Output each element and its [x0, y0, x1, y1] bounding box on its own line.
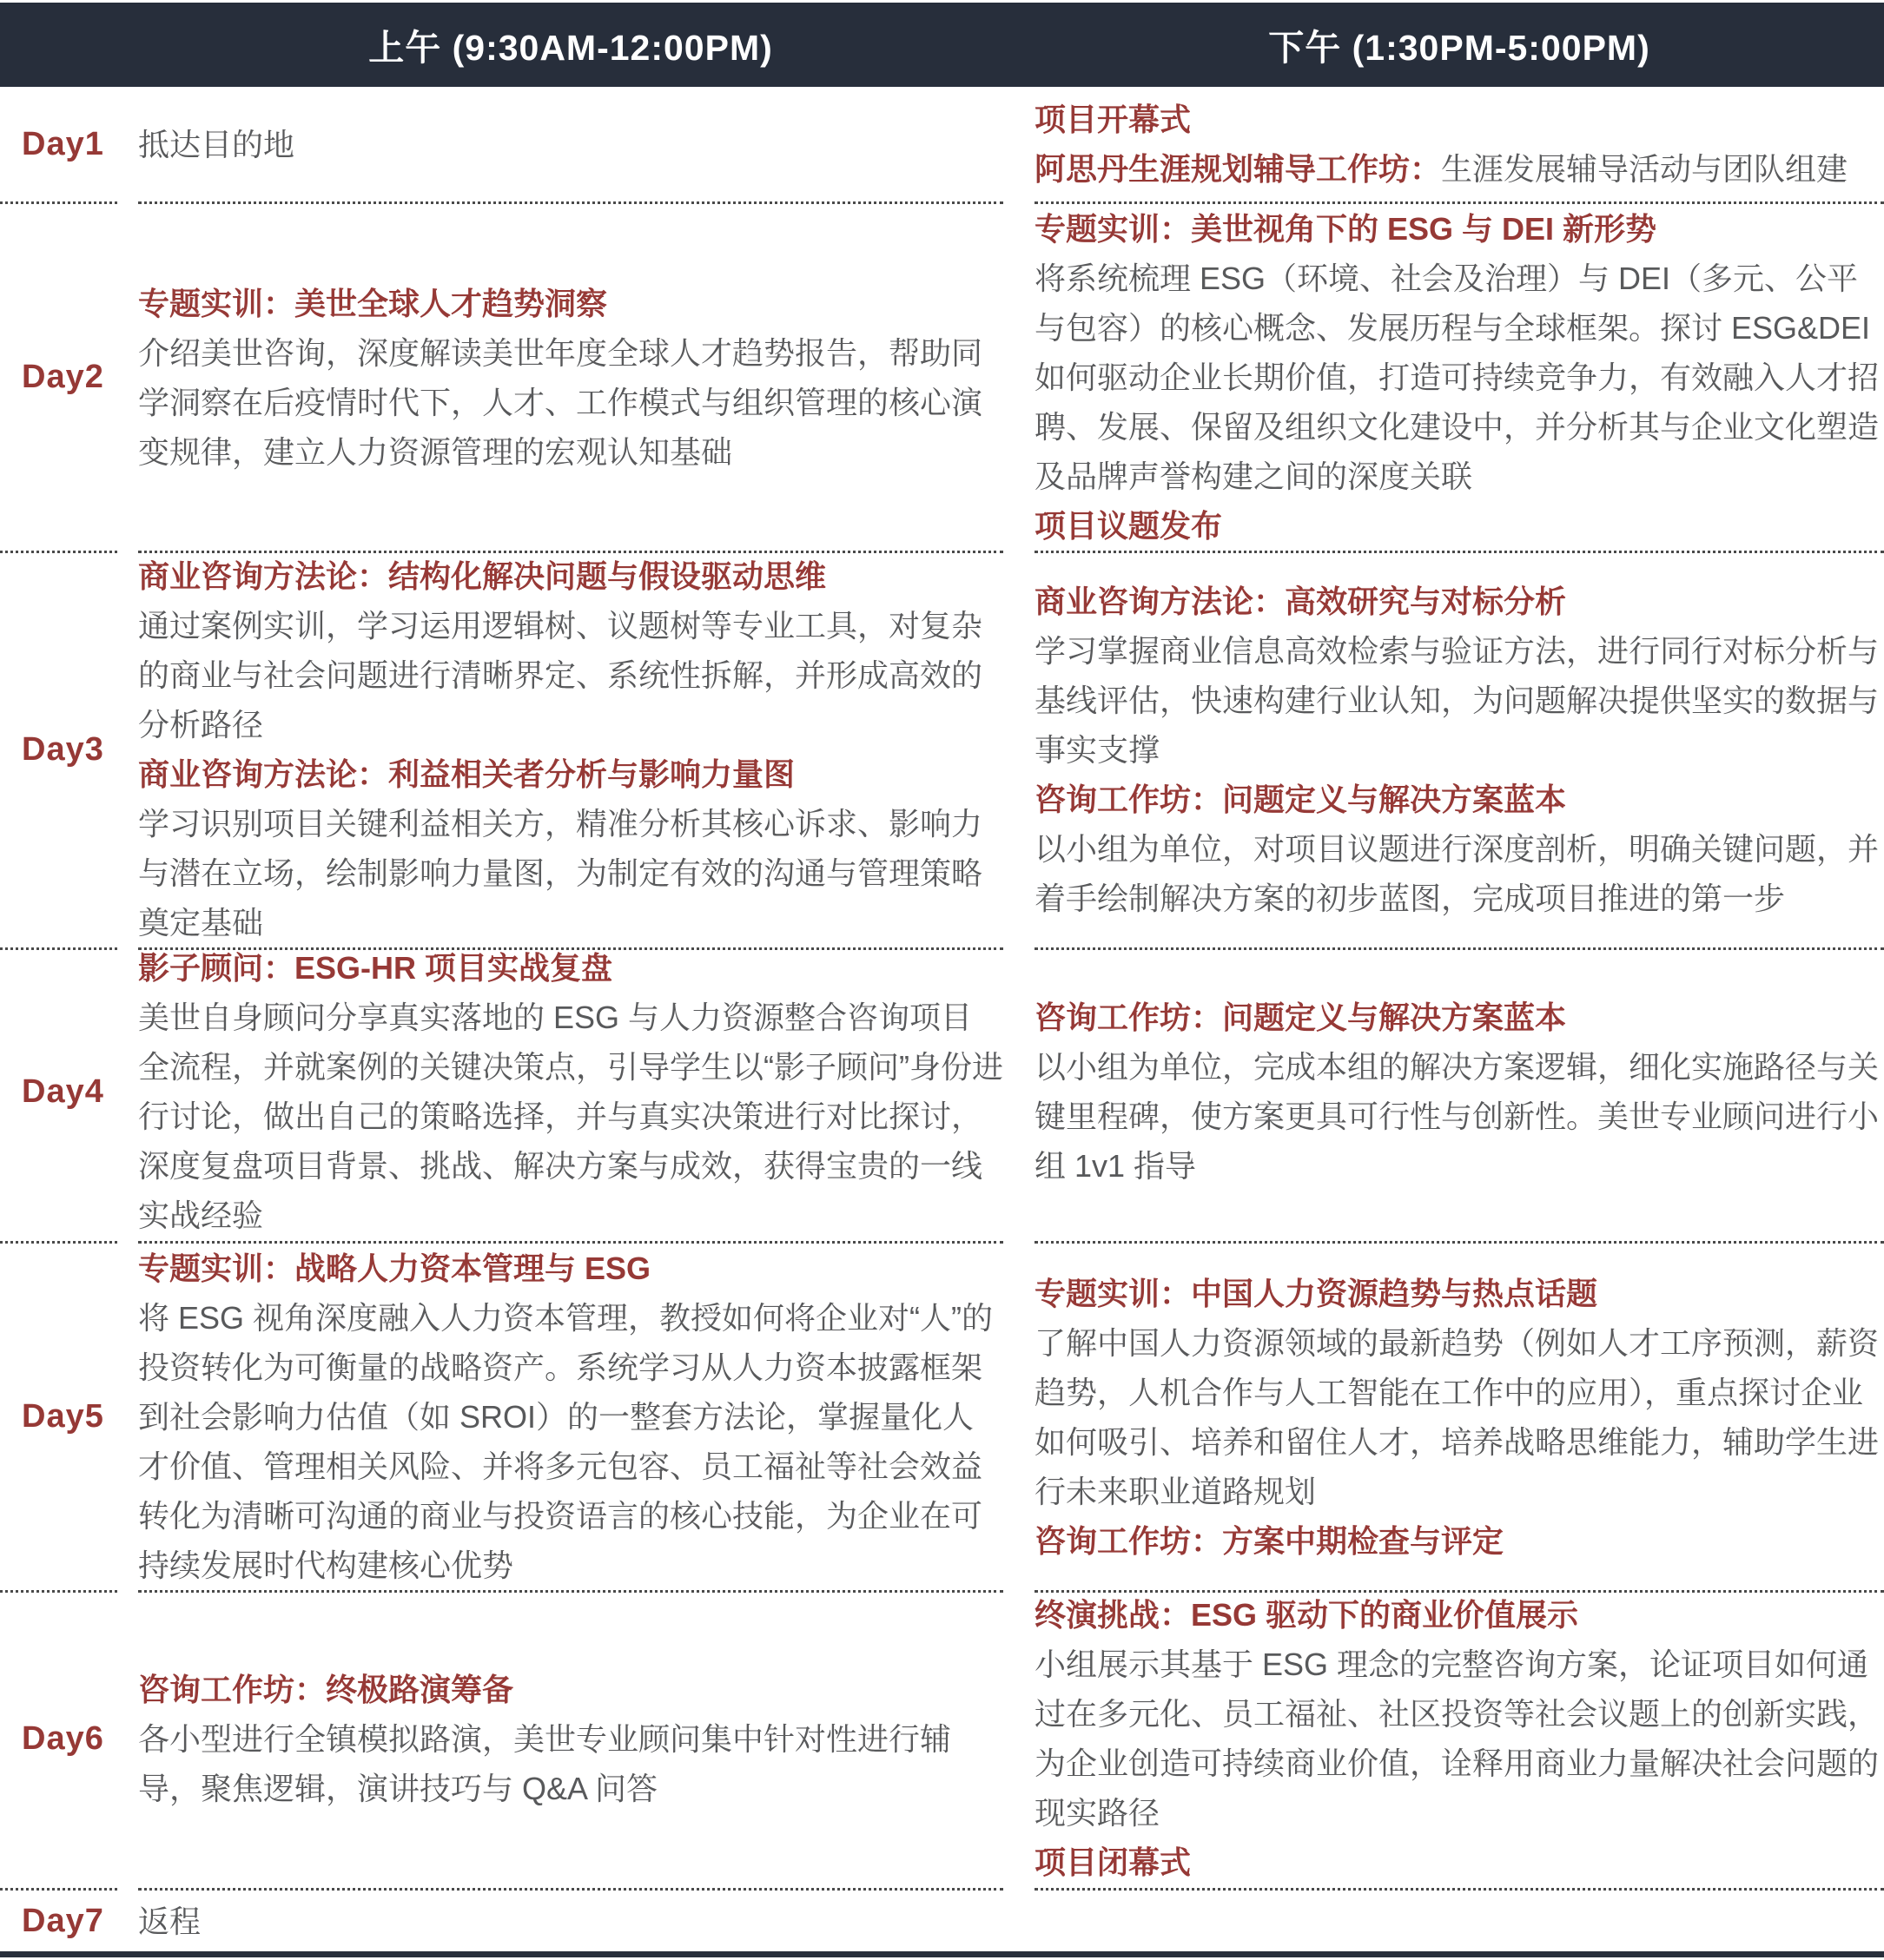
session-title: 专题实训：中国人力资源趋势与热点话题 — [1035, 1269, 1884, 1318]
table-row: Day7返程 — [0, 1891, 1884, 1951]
header-afternoon-label: 下午 (1:30PM-5:00PM) — [1035, 19, 1884, 70]
session-description: 各小型进行全镇模拟路演，美世专业顾问集中针对性进行辅导，聚焦逻辑，演讲技巧与 Q… — [138, 1714, 1003, 1813]
session-title: 专题实训：美世视角下的 ESG 与 DEI 新形势 — [1035, 204, 1884, 254]
session-title: 咨询工作坊：方案中期检查与评定 — [1035, 1516, 1884, 1566]
day-label: Day7 — [0, 1891, 117, 1951]
afternoon-cell — [1035, 1891, 1884, 1951]
session-description: 美世自身顾问分享真实落地的 ESG 与人力资源整合咨询项目全流程，并就案例的关键… — [138, 993, 1003, 1240]
afternoon-cell: 商业咨询方法论：高效研究与对标分析学习掌握商业信息高效检索与验证方法，进行同行对… — [1035, 551, 1884, 950]
session-description: 介绍美世咨询，深度解读美世年度全球人才趋势报告，帮助同学洞察在后疫情时代下，人才… — [138, 328, 1003, 477]
session-description: 将系统梳理 ESG（环境、社会及治理）与 DEI（多元、公平与包容）的核心概念、… — [1035, 254, 1884, 501]
session-description: 将 ESG 视角深度融入人力资本管理，教授如何将企业对“人”的投资转化为可衡量的… — [138, 1293, 1003, 1590]
session-title: 商业咨询方法论：利益相关者分析与影响力量图 — [138, 749, 1003, 799]
column-gap — [1003, 1244, 1035, 1593]
column-gap — [117, 87, 138, 204]
session-description: 以小组为单位，完成本组的解决方案逻辑，细化实施路径与关键里程碑，使方案更具可行性… — [1035, 1042, 1884, 1191]
day-label: Day3 — [0, 551, 117, 950]
morning-cell: 专题实训：战略人力资本管理与 ESG将 ESG 视角深度融入人力资本管理，教授如… — [138, 1244, 1003, 1593]
morning-cell: 商业咨询方法论：结构化解决问题与假设驱动思维通过案例实训，学习运用逻辑树、议题树… — [138, 551, 1003, 950]
morning-cell: 影子顾问：ESG-HR 项目实战复盘美世自身顾问分享真实落地的 ESG 与人力资… — [138, 942, 1003, 1244]
column-gap — [1003, 204, 1035, 553]
session-description: 通过案例实训，学习运用逻辑树、议题树等专业工具，对复杂的商业与社会问题进行清晰界… — [138, 601, 1003, 749]
session-title: 影子顾问：ESG-HR 项目实战复盘 — [138, 943, 1003, 993]
table-header: 上午 (9:30AM-12:00PM) 下午 (1:30PM-5:00PM) — [0, 3, 1884, 87]
day-label: Day2 — [0, 204, 117, 553]
table-row: Day4影子顾问：ESG-HR 项目实战复盘美世自身顾问分享真实落地的 ESG … — [0, 942, 1884, 1244]
day-label: Day1 — [0, 87, 117, 204]
session-title: 项目开幕式 — [1035, 95, 1884, 144]
column-gap — [117, 551, 138, 950]
session-description: 学习掌握商业信息高效检索与验证方法，进行同行对标分析与基线评估，快速构建行业认知… — [1035, 626, 1884, 775]
afternoon-cell: 项目开幕式阿思丹生涯规划辅导工作坊：生涯发展辅导活动与团队组建 — [1035, 87, 1884, 204]
session-title: 咨询工作坊：问题定义与解决方案蓝本 — [1035, 775, 1884, 824]
table-row: Day6咨询工作坊：终极路演筹备各小型进行全镇模拟路演，美世专业顾问集中针对性进… — [0, 1589, 1884, 1891]
session-title: 咨询工作坊：终极路演筹备 — [138, 1665, 1003, 1714]
session-title: 项目议题发布 — [1035, 501, 1884, 551]
session-title: 专题实训：美世全球人才趋势洞察 — [138, 279, 1003, 328]
session-description: 返程 — [138, 1897, 1003, 1946]
schedule-body: Day1抵达目的地项目开幕式阿思丹生涯规划辅导工作坊：生涯发展辅导活动与团队组建… — [0, 87, 1884, 1951]
session-title: 商业咨询方法论：结构化解决问题与假设驱动思维 — [138, 551, 1003, 601]
day-label: Day4 — [0, 942, 117, 1244]
day-label: Day5 — [0, 1244, 117, 1593]
session-description: 了解中国人力资源领域的最新趋势（例如人才工序预测，薪资趋势，人机合作与人工智能在… — [1035, 1318, 1884, 1516]
session-description-inline: 生涯发展辅导活动与团队组建 — [1441, 151, 1848, 187]
morning-cell: 抵达目的地 — [138, 87, 1003, 204]
session-description: 学习识别项目关键利益相关方，精准分析其核心诉求、影响力与潜在立场，绘制影响力量图… — [138, 799, 1003, 947]
day-label: Day6 — [0, 1589, 117, 1891]
session-title: 终演挑战：ESG 驱动下的商业价值展示 — [1035, 1590, 1884, 1640]
column-gap — [1003, 551, 1035, 950]
session-title: 专题实训：战略人力资本管理与 ESG — [138, 1244, 1003, 1293]
morning-cell: 咨询工作坊：终极路演筹备各小型进行全镇模拟路演，美世专业顾问集中针对性进行辅导，… — [138, 1589, 1003, 1891]
session-title-inline: 阿思丹生涯规划辅导工作坊： — [1035, 151, 1441, 187]
column-gap — [1003, 87, 1035, 204]
footer-bar — [0, 1951, 1884, 1957]
column-gap — [117, 204, 138, 553]
program-schedule-table: 上午 (9:30AM-12:00PM) 下午 (1:30PM-5:00PM) D… — [0, 0, 1884, 1957]
table-row: Day5专题实训：战略人力资本管理与 ESG将 ESG 视角深度融入人力资本管理… — [0, 1244, 1884, 1589]
morning-cell: 返程 — [138, 1891, 1003, 1951]
table-row: Day3商业咨询方法论：结构化解决问题与假设驱动思维通过案例实训，学习运用逻辑树… — [0, 551, 1884, 942]
afternoon-cell: 专题实训：美世视角下的 ESG 与 DEI 新形势将系统梳理 ESG（环境、社会… — [1035, 204, 1884, 553]
session-description: 抵达目的地 — [138, 120, 1003, 169]
header-morning-label: 上午 (9:30AM-12:00PM) — [138, 19, 1003, 70]
session-title: 咨询工作坊：问题定义与解决方案蓝本 — [1035, 993, 1884, 1042]
afternoon-cell: 专题实训：中国人力资源趋势与热点话题了解中国人力资源领域的最新趋势（例如人才工序… — [1035, 1244, 1884, 1593]
afternoon-cell: 咨询工作坊：问题定义与解决方案蓝本以小组为单位，完成本组的解决方案逻辑，细化实施… — [1035, 942, 1884, 1244]
table-row: Day2专题实训：美世全球人才趋势洞察介绍美世咨询，深度解读美世年度全球人才趋势… — [0, 204, 1884, 551]
afternoon-cell: 终演挑战：ESG 驱动下的商业价值展示小组展示其基于 ESG 理念的完整咨询方案… — [1035, 1589, 1884, 1891]
table-row: Day1抵达目的地项目开幕式阿思丹生涯规划辅导工作坊：生涯发展辅导活动与团队组建 — [0, 87, 1884, 204]
column-gap — [117, 1244, 138, 1593]
column-gap — [117, 1891, 138, 1951]
column-gap — [1003, 1891, 1035, 1951]
session-title: 商业咨询方法论：高效研究与对标分析 — [1035, 577, 1884, 626]
column-gap — [1003, 942, 1035, 1244]
session-description: 小组展示其基于 ESG 理念的完整咨询方案，论证项目如何通过在多元化、员工福祉、… — [1035, 1640, 1884, 1838]
session-title: 项目闭幕式 — [1035, 1838, 1884, 1887]
column-gap — [117, 1589, 138, 1891]
session-description: 以小组为单位，对项目议题进行深度剖析，明确关键问题，并着手绘制解决方案的初步蓝图… — [1035, 824, 1884, 923]
session-line: 阿思丹生涯规划辅导工作坊：生涯发展辅导活动与团队组建 — [1035, 144, 1884, 194]
column-gap — [117, 942, 138, 1244]
column-gap — [1003, 1589, 1035, 1891]
morning-cell: 专题实训：美世全球人才趋势洞察介绍美世咨询，深度解读美世年度全球人才趋势报告，帮… — [138, 204, 1003, 553]
